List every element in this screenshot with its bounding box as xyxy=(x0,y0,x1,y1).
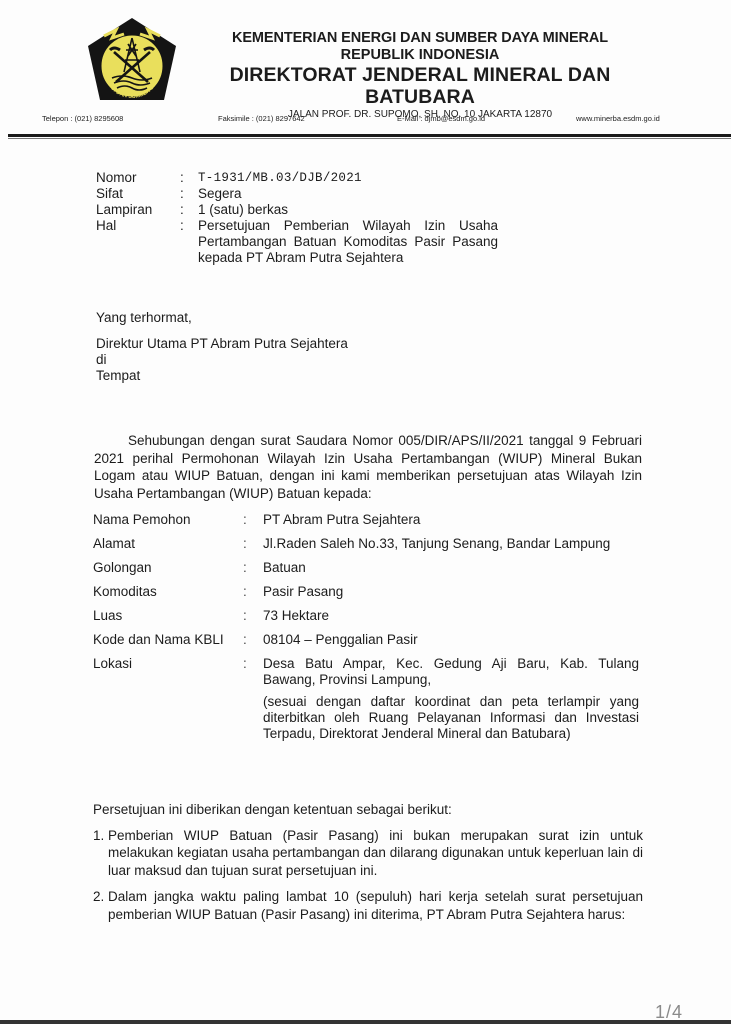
recipient-place: Tempat xyxy=(96,368,348,384)
detail-value: PT Abram Putra Sejahtera xyxy=(263,512,639,528)
header-divider xyxy=(8,134,731,137)
lampiran-value: 1 (satu) berkas xyxy=(198,202,498,218)
detail-row: Nama Pemohon : PT Abram Putra Sejahtera xyxy=(93,512,641,528)
viewer-bottom-bar xyxy=(0,1020,731,1024)
detail-value: 08104 – Penggalian Pasir xyxy=(263,632,639,648)
addressee-block: Yang terhormat, Direktur Utama PT Abram … xyxy=(96,310,348,384)
detail-row: Luas : 73 Hektare xyxy=(93,608,641,624)
location-note: (sesuai dengan daftar koordinat dan peta… xyxy=(263,694,639,742)
email-address: E-Mail : djmb@esdm.go.id xyxy=(397,114,485,123)
esdm-emblem-icon: ENERGI DAN SUMBER DAYA MINERAL xyxy=(84,16,180,106)
term-number: 1. xyxy=(93,827,108,880)
detail-label: Lokasi xyxy=(93,656,243,742)
detail-row: Alamat : Jl.Raden Saleh No.33, Tanjung S… xyxy=(93,536,641,552)
detail-value: Batuan xyxy=(263,560,639,576)
detail-label: Komoditas xyxy=(93,584,243,600)
colon: : xyxy=(180,218,198,266)
detail-value-group: Desa Batu Ampar, Kec. Gedung Aji Baru, K… xyxy=(263,656,639,742)
detail-row: Lokasi : Desa Batu Ampar, Kec. Gedung Aj… xyxy=(93,656,641,742)
colon: : xyxy=(243,608,263,624)
header-divider-thin xyxy=(8,138,731,139)
colon: : xyxy=(243,584,263,600)
detail-value: Jl.Raden Saleh No.33, Tanjung Senang, Ba… xyxy=(263,536,639,552)
term-text: Dalam jangka waktu paling lambat 10 (sep… xyxy=(108,888,643,923)
term-item: 1. Pemberian WIUP Batuan (Pasir Pasang) … xyxy=(93,827,643,880)
permit-details: Nama Pemohon : PT Abram Putra Sejahtera … xyxy=(93,512,641,750)
sifat-label: Sifat xyxy=(96,186,180,202)
detail-value: 73 Hektare xyxy=(263,608,639,624)
letterhead: KEMENTERIAN ENERGI DAN SUMBER DAYA MINER… xyxy=(190,30,650,122)
detail-row: Golongan : Batuan xyxy=(93,560,641,576)
detail-label: Alamat xyxy=(93,536,243,552)
location-value: Desa Batu Ampar, Kec. Gedung Aji Baru, K… xyxy=(263,656,639,688)
greeting: Yang terhormat, xyxy=(96,310,348,326)
detail-label: Kode dan Nama KBLI xyxy=(93,632,243,648)
terms-section: Persetujuan ini diberikan dengan ketentu… xyxy=(93,801,643,932)
colon: : xyxy=(243,632,263,648)
hal-value: Persetujuan Pemberian Wilayah Izin Usaha… xyxy=(198,218,498,266)
detail-row: Komoditas : Pasir Pasang xyxy=(93,584,641,600)
sifat-value: Segera xyxy=(198,186,498,202)
colon: : xyxy=(243,656,263,742)
document-page: ENERGI DAN SUMBER DAYA MINERAL KEMENTERI… xyxy=(0,0,731,1024)
colon: : xyxy=(180,186,198,202)
recipient-di: di xyxy=(96,352,348,368)
opening-text: Sehubungan dengan surat Saudara Nomor 00… xyxy=(94,433,642,501)
colon: : xyxy=(243,512,263,528)
detail-label: Golongan xyxy=(93,560,243,576)
recipient: Direktur Utama PT Abram Putra Sejahtera xyxy=(96,336,348,352)
lampiran-label: Lampiran xyxy=(96,202,180,218)
hal-label: Hal xyxy=(96,218,180,266)
colon: : xyxy=(243,536,263,552)
colon: : xyxy=(243,560,263,576)
fax-number: Faksimile : (021) 8297642 xyxy=(218,114,305,123)
term-number: 2. xyxy=(93,888,108,923)
phone-number: Telepon : (021) 8295608 xyxy=(42,114,123,123)
ministry-name: KEMENTERIAN ENERGI DAN SUMBER DAYA MINER… xyxy=(190,30,650,47)
website-link[interactable]: www.minerba.esdm.go.id xyxy=(576,114,660,123)
directorate-name: DIREKTORAT JENDERAL MINERAL DAN BATUBARA xyxy=(190,64,650,108)
opening-paragraph: Sehubungan dengan surat Saudara Nomor 00… xyxy=(94,432,642,502)
colon: : xyxy=(180,170,198,186)
detail-value: Pasir Pasang xyxy=(263,584,639,600)
detail-label: Luas xyxy=(93,608,243,624)
detail-label: Nama Pemohon xyxy=(93,512,243,528)
terms-intro: Persetujuan ini diberikan dengan ketentu… xyxy=(93,801,643,819)
nomor-label: Nomor xyxy=(96,170,180,186)
detail-row: Kode dan Nama KBLI : 08104 – Penggalian … xyxy=(93,632,641,648)
country-name: REPUBLIK INDONESIA xyxy=(190,47,650,64)
term-item: 2. Dalam jangka waktu paling lambat 10 (… xyxy=(93,888,643,923)
colon: : xyxy=(180,202,198,218)
nomor-value: T-1931/MB.03/DJB/2021 xyxy=(198,170,498,186)
term-text: Pemberian WIUP Batuan (Pasir Pasang) ini… xyxy=(108,827,643,880)
letter-meta: Nomor : T-1931/MB.03/DJB/2021 Sifat : Se… xyxy=(96,170,498,266)
